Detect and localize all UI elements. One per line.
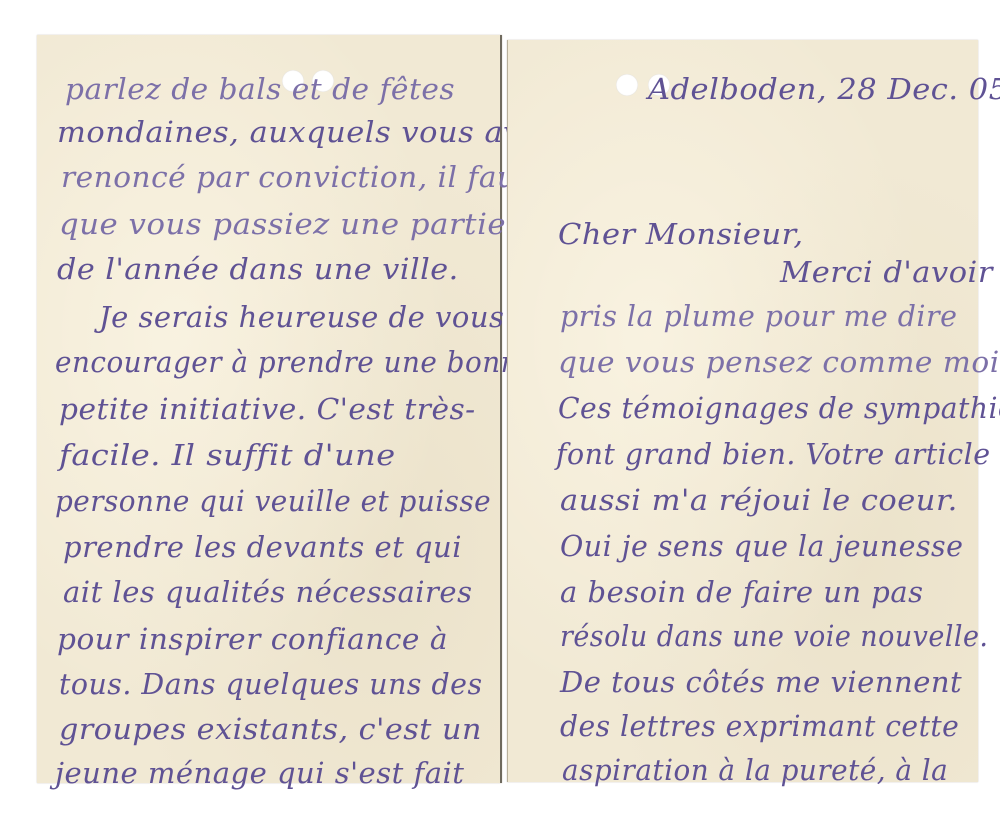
handwritten-line: jeune ménage qui s'est fait <box>55 759 464 788</box>
handwritten-line: parlez de bals et de fêtes <box>65 75 455 104</box>
handwritten-line: pour inspirer confiance à <box>57 625 448 654</box>
handwritten-line: a besoin de faire un pas <box>560 578 924 607</box>
handwritten-line: Oui je sens que la jeunesse <box>560 532 963 561</box>
dateline: Adelboden, 28 Dec. 05 <box>648 75 1000 104</box>
letter-page-right: Adelboden, 28 Dec. 05 Cher Monsieur, Mer… <box>507 40 978 782</box>
handwritten-line: personne qui veuille et puisse <box>55 487 491 516</box>
handwritten-line: aussi m'a réjoui le coeur. <box>560 486 958 515</box>
handwritten-line: Je serais heureuse de vous <box>99 303 504 332</box>
handwritten-line: encourager à prendre une bonne <box>55 348 536 377</box>
handwritten-line: de l'année dans une ville. <box>57 255 459 284</box>
handwritten-line: groupes existants, c'est un <box>59 715 482 744</box>
handwritten-line: Merci d'avoir <box>780 258 993 287</box>
handwritten-line: pris la plume pour me dire <box>560 302 957 331</box>
handwritten-line: ait les qualités nécessaires <box>63 578 472 607</box>
handwritten-line: prendre les devants et qui <box>63 533 462 562</box>
handwritten-line: des lettres exprimant cette <box>560 712 959 741</box>
handwritten-line: mondaines, auxquels vous avez <box>57 118 556 147</box>
punch-hole <box>616 74 638 96</box>
handwritten-line: Ces témoignages de sympathie <box>558 394 1000 423</box>
handwritten-line: facile. Il suffit d'une <box>59 441 396 470</box>
handwritten-line: petite initiative. C'est très- <box>59 395 476 424</box>
handwritten-line: tous. Dans quelques uns des <box>59 670 483 699</box>
handwritten-line: que vous passiez une partie <box>59 210 506 239</box>
salutation: Cher Monsieur, <box>558 220 804 249</box>
letter-page-left: parlez de bals et de fêtes mondaines, au… <box>37 35 502 783</box>
handwritten-line: renoncé par conviction, il faut <box>61 163 529 192</box>
handwritten-line: De tous côtés me viennent <box>560 668 962 697</box>
handwritten-line: que vous pensez comme moi. <box>558 348 1000 377</box>
handwritten-line: font grand bien. Votre article <box>556 440 991 469</box>
handwritten-line: aspiration à la pureté, à la <box>562 756 948 785</box>
handwritten-line: résolu dans une voie nouvelle. <box>560 622 988 651</box>
